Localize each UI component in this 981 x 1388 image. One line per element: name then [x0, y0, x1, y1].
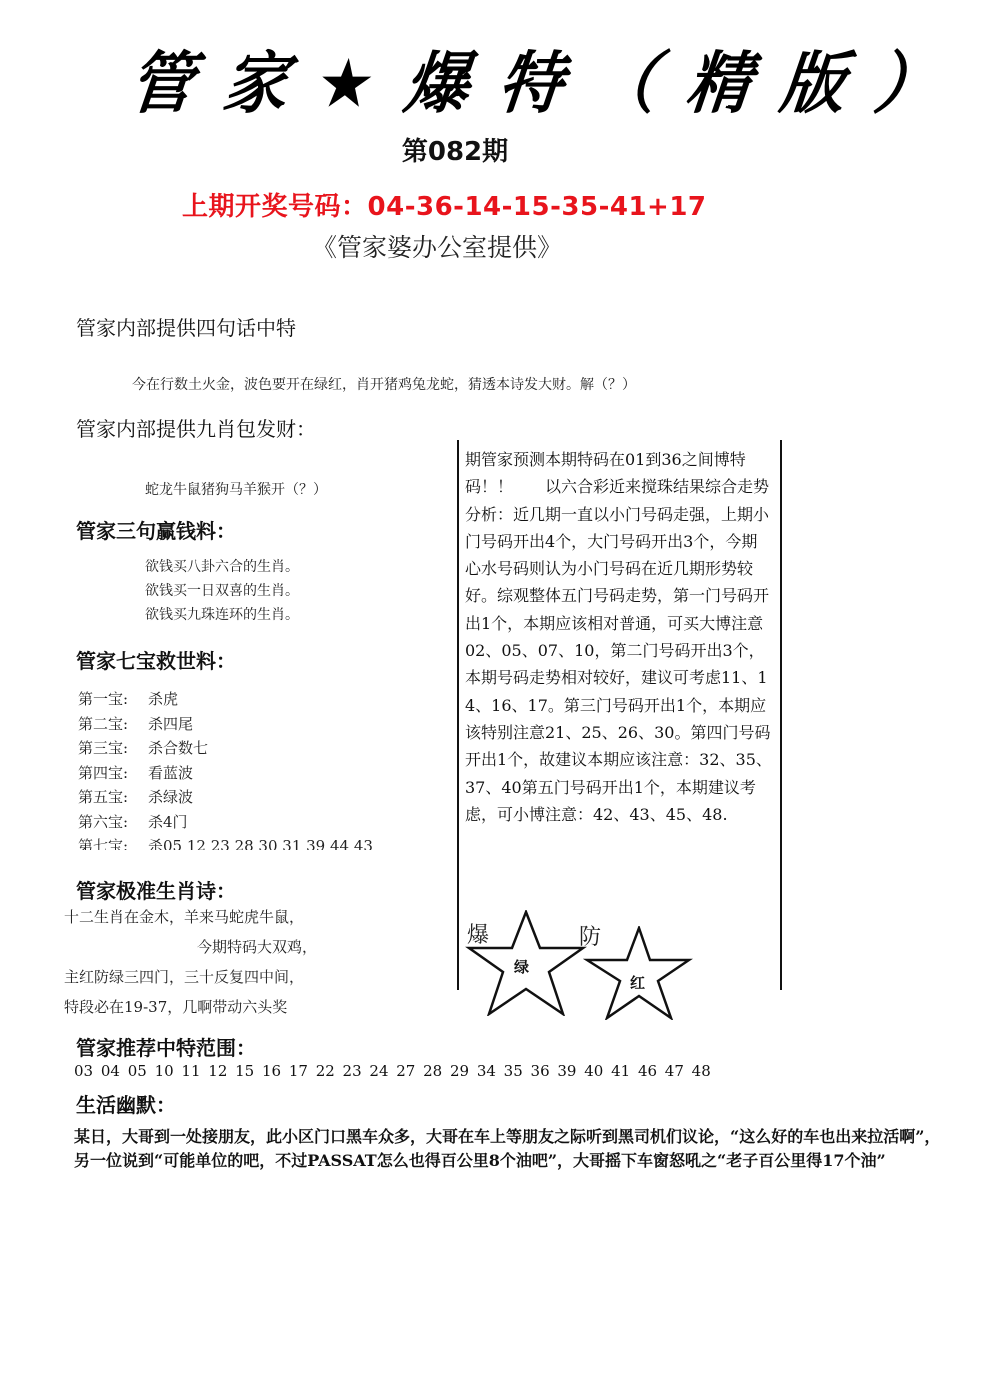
three-sentences-line: 欲钱买八卦六合的生肖。 — [145, 555, 299, 579]
treasure-row: 第二宝:杀四尾 — [78, 712, 373, 737]
star-red-label: 红 — [630, 972, 645, 993]
treasure-row: 第三宝:杀合数七 — [78, 736, 373, 761]
nine-zodiacs-text: 蛇龙牛鼠猪狗马羊猴开（？） — [145, 479, 327, 499]
seven-treasures-heading: 管家七宝救世料： — [76, 645, 236, 674]
last-draw: 上期开奖号码：04-36-14-15-35-41+17 — [182, 186, 707, 223]
treasure-row: 第一宝:杀虎 — [78, 687, 373, 712]
star-green-label: 绿 — [514, 956, 529, 977]
three-sentences-line: 欲钱买一日双喜的生肖。 — [145, 579, 299, 603]
treasure-row: 第六宝:杀4门 — [78, 810, 373, 835]
nine-zodiacs-heading: 管家内部提供九肖包发财： — [76, 413, 316, 442]
recommended-numbers: 03 04 05 10 11 12 15 16 17 22 23 24 27 2… — [74, 1062, 711, 1080]
last-draw-numbers: 04-36-14-15-35-41+17 — [368, 192, 707, 222]
analysis-text: 期管家预测本期特码在01到36之间博特码！！ 以六合彩近来搅珠结果综合走势分析：… — [465, 446, 773, 828]
last-draw-label: 上期开奖号码： — [182, 192, 368, 222]
zodiac-poem-line: 特段必在19-37，几啊带动六头奖 — [64, 996, 287, 1017]
recommended-range-heading: 管家推荐中特范围： — [76, 1032, 256, 1061]
page-title: 管家★爆特（精版） — [125, 30, 975, 127]
provider-line: 《管家婆办公室提供》 — [312, 228, 562, 264]
analysis-box: 期管家预测本期特码在01到36之间博特码！！ 以六合彩近来搅珠结果综合走势分析：… — [457, 440, 782, 990]
treasure-row: 第七宝:杀05 12 23 28 30 31 39 44 43 — [78, 834, 373, 850]
zodiac-poem-line: 今期特码大双鸡， — [197, 936, 317, 957]
four-sentences-heading: 管家内部提供四句话中特 — [76, 312, 296, 341]
zodiac-poem-line: 十二生肖在金木，羊来马蛇虎牛鼠， — [64, 906, 304, 927]
seven-treasures-list: 第一宝:杀虎 第二宝:杀四尾 第三宝:杀合数七 第四宝:看蓝波 第五宝:杀绿波 … — [78, 687, 373, 850]
issue-number: 第082期 — [0, 131, 910, 168]
humor-text: 某日，大哥到一处接朋友，此小区门口黑车众多，大哥在车上等朋友之际听到黑司机们议论… — [74, 1125, 954, 1173]
humor-heading: 生活幽默： — [76, 1089, 176, 1118]
three-sentences-heading: 管家三句赢钱料： — [76, 515, 236, 544]
three-sentences-line: 欲钱买九珠连环的生肖。 — [145, 603, 299, 627]
treasure-row: 第四宝:看蓝波 — [78, 761, 373, 786]
three-sentences-list: 欲钱买八卦六合的生肖。 欲钱买一日双喜的生肖。 欲钱买九珠连环的生肖。 — [145, 555, 299, 627]
treasure-row: 第五宝:杀绿波 — [78, 785, 373, 810]
four-sentences-text: 今在行数土火金，波色要开在绿红，肖开猪鸡兔龙蛇，猜透本诗发大财。解（？） — [132, 374, 636, 394]
zodiac-poem-heading: 管家极准生肖诗： — [76, 875, 236, 904]
zodiac-poem-line: 主红防绿三四门，三十反复四中间， — [64, 966, 304, 987]
